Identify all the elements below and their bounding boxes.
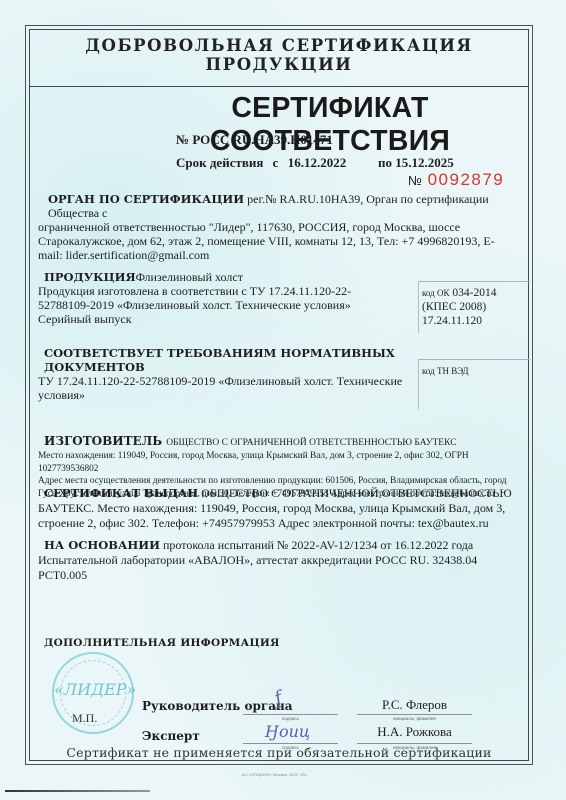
registration-number: № РОСС RU.НА39.Н01471 <box>176 132 333 148</box>
printer-imprint: АО «ОПЦИОН», Москва, 2022, «Б». <box>200 772 350 777</box>
manufacturer-address: Место нахождения: 119049, Россия, город … <box>38 450 518 475</box>
manufacturer-heading: ИЗГОТОВИТЕЛЬ <box>44 434 162 448</box>
serial-value: 0092879 <box>428 170 505 189</box>
expert-signature-line <box>243 743 338 744</box>
validity-label: Срок действия <box>176 155 263 170</box>
head-signature-line <box>243 714 338 715</box>
expert-name-line <box>357 743 472 744</box>
certification-body-heading: ОРГАН ПО СЕРТИФИКАЦИИ <box>48 192 244 206</box>
serial-number: № 0092879 <box>408 170 504 190</box>
conformity-section: СООТВЕТСТВУЕТ ТРЕБОВАНИЯМ НОРМАТИВНЫХ ДО… <box>38 346 418 402</box>
tnved-code-label: код ТН ВЭД <box>422 366 469 376</box>
product-section: ПРОДУКЦИЯФлизелиновый холст Продукция из… <box>38 270 393 326</box>
okpd-code-label: код ОК <box>422 288 450 298</box>
basis-heading: НА ОСНОВАНИИ <box>44 538 160 552</box>
header-divider <box>29 86 529 87</box>
seal-place-label: М.П. <box>72 711 97 726</box>
product-name: Флизелиновый холст <box>136 270 243 284</box>
validity-to-date: 15.12.2025 <box>395 155 454 170</box>
validity-from: Срок действия с 16.12.2022 <box>176 155 346 171</box>
head-signature-caption: подпись <box>243 716 338 721</box>
certification-body-section: ОРГАН ПО СЕРТИФИКАЦИИ рег.№ RA.RU.10НА39… <box>38 192 508 262</box>
serial-prefix: № <box>408 173 422 188</box>
expert-signature: Ӈоиц <box>265 722 310 741</box>
tnved-code-box: код ТН ВЭД <box>418 359 530 409</box>
voluntary-certification-header: ДОБРОВОЛЬНАЯ СЕРТИФИКАЦИЯ ПРОДУКЦИИ <box>29 36 529 74</box>
expert-name: Н.А. Рожкова <box>357 724 472 740</box>
expert-role-label: Эксперт <box>142 729 200 743</box>
head-role-label: Руководитель органа <box>142 699 293 713</box>
issued-to-text-first: ОБЩЕСТВО С ОГРАНИЧЕННОЙ ОТВЕТСТВЕННОСТЬЮ <box>201 486 512 500</box>
scan-edge-bar <box>5 790 150 792</box>
basis-section: НА ОСНОВАНИИ протокола испытаний № 2022-… <box>38 538 498 583</box>
validity-from-date: 16.12.2022 <box>288 155 347 170</box>
head-name-caption: инициалы, фамилия <box>357 716 472 721</box>
head-name-line <box>357 714 472 715</box>
mandatory-certification-notice: Сертификат не применяется при обязательн… <box>29 745 529 760</box>
issued-to-section: СЕРТИФИКАТ ВЫДАН ОБЩЕСТВО С ОГРАНИЧЕННОЙ… <box>38 486 513 531</box>
okpd-code-line2: (КПЕС 2008) <box>422 300 530 314</box>
okpd-code-line3: 17.24.11.120 <box>422 314 530 328</box>
conformity-text: ТУ 17.24.11.120-22-52788109-2019 «Флизел… <box>38 374 418 402</box>
seal-text: «ЛИДЕР» <box>54 680 132 699</box>
issued-to-heading: СЕРТИФИКАТ ВЫДАН <box>44 486 198 500</box>
certification-body-text: ограниченной ответственностью "Лидер", 1… <box>38 220 508 262</box>
okpd-code-line1: 034-2014 <box>452 287 496 299</box>
product-release-type: Серийный выпуск <box>38 312 393 326</box>
basis-text-first: протокола испытаний № 2022-AV-12/1234 от… <box>163 538 473 552</box>
basis-text: Испытательной лаборатории «АВАЛОН», атте… <box>38 553 498 583</box>
validity-to: по 15.12.2025 <box>378 155 454 171</box>
product-description: Продукция изготовлена в соответствии с Т… <box>38 284 393 312</box>
okpd-code-box: код ОК 034-2014 (КПЕС 2008) 17.24.11.120 <box>418 281 530 333</box>
issued-to-text: БАУТЕКС. Место нахождения: 119049, Росси… <box>38 501 513 531</box>
head-name: Р.С. Флеров <box>357 697 472 713</box>
manufacturer-name: ОБЩЕСТВО С ОГРАНИЧЕННОЙ ОТВЕТСТВЕННОСТЬЮ… <box>166 438 456 448</box>
certificate-title: СЕРТИФИКАТ СООТВЕТСТВИЯ <box>144 92 516 158</box>
product-heading: ПРОДУКЦИЯ <box>44 270 136 284</box>
conformity-heading: СООТВЕТСТВУЕТ ТРЕБОВАНИЯМ НОРМАТИВНЫХ ДО… <box>38 346 418 374</box>
validity-from-label: с <box>273 155 279 170</box>
additional-info-heading: ДОПОЛНИТЕЛЬНАЯ ИНФОРМАЦИЯ <box>44 637 280 649</box>
validity-to-label: по <box>378 155 392 170</box>
